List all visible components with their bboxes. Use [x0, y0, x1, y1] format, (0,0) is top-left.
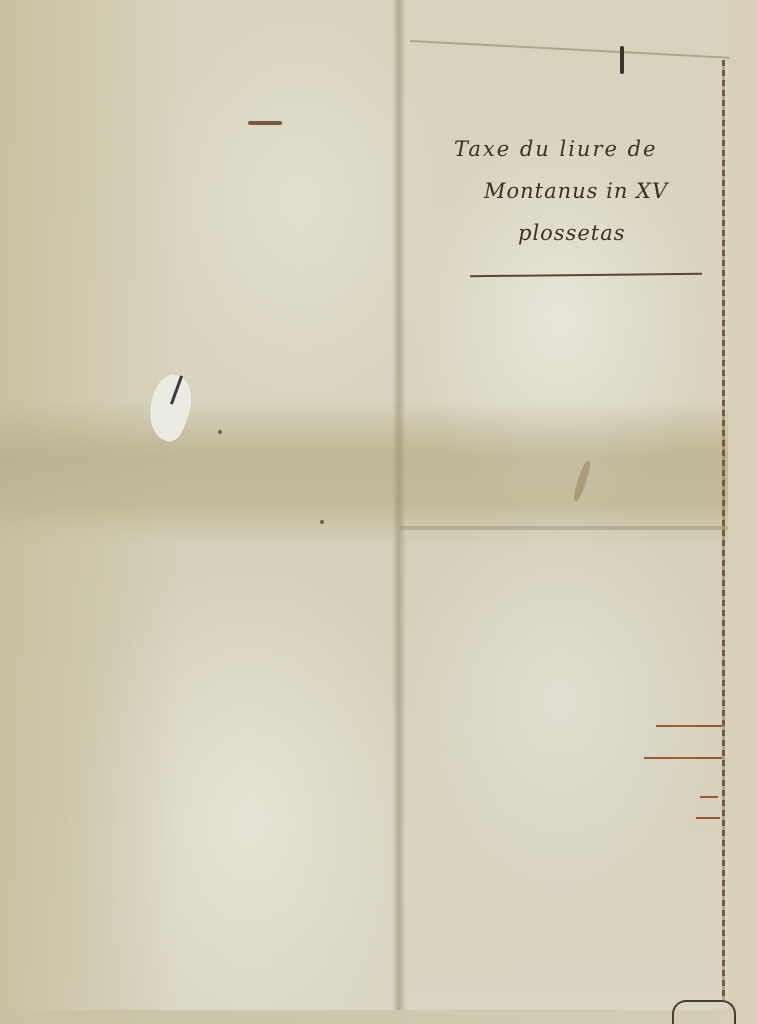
edge-tally-mark — [696, 817, 720, 819]
ink-smudge — [248, 121, 282, 125]
top-edge-line — [410, 40, 730, 59]
ink-dot — [218, 430, 222, 434]
horizontal-fold-line — [400, 526, 728, 530]
edge-tally-mark — [700, 796, 718, 798]
bottom-corner-ink-mark — [672, 1000, 736, 1024]
edge-tally-mark — [656, 725, 722, 727]
water-stain-band — [0, 400, 728, 530]
ink-dot — [320, 520, 324, 524]
manuscript-sheet: Taxe du liure de Montanus in XV plosseta… — [0, 0, 728, 1010]
corner-ink-mark — [620, 46, 624, 74]
edge-tally-mark — [644, 757, 722, 759]
annotation-line-2: Montanus in XV — [452, 170, 712, 212]
annotation-line-3: plossetas — [452, 212, 712, 254]
handwritten-annotation: Taxe du liure de Montanus in XV plosseta… — [452, 128, 712, 254]
annotation-line-1: Taxe du liure de — [452, 128, 712, 170]
right-edge-ink-line — [722, 60, 725, 1000]
vertical-fold-line — [392, 0, 406, 1010]
annotation-underline — [470, 273, 702, 277]
